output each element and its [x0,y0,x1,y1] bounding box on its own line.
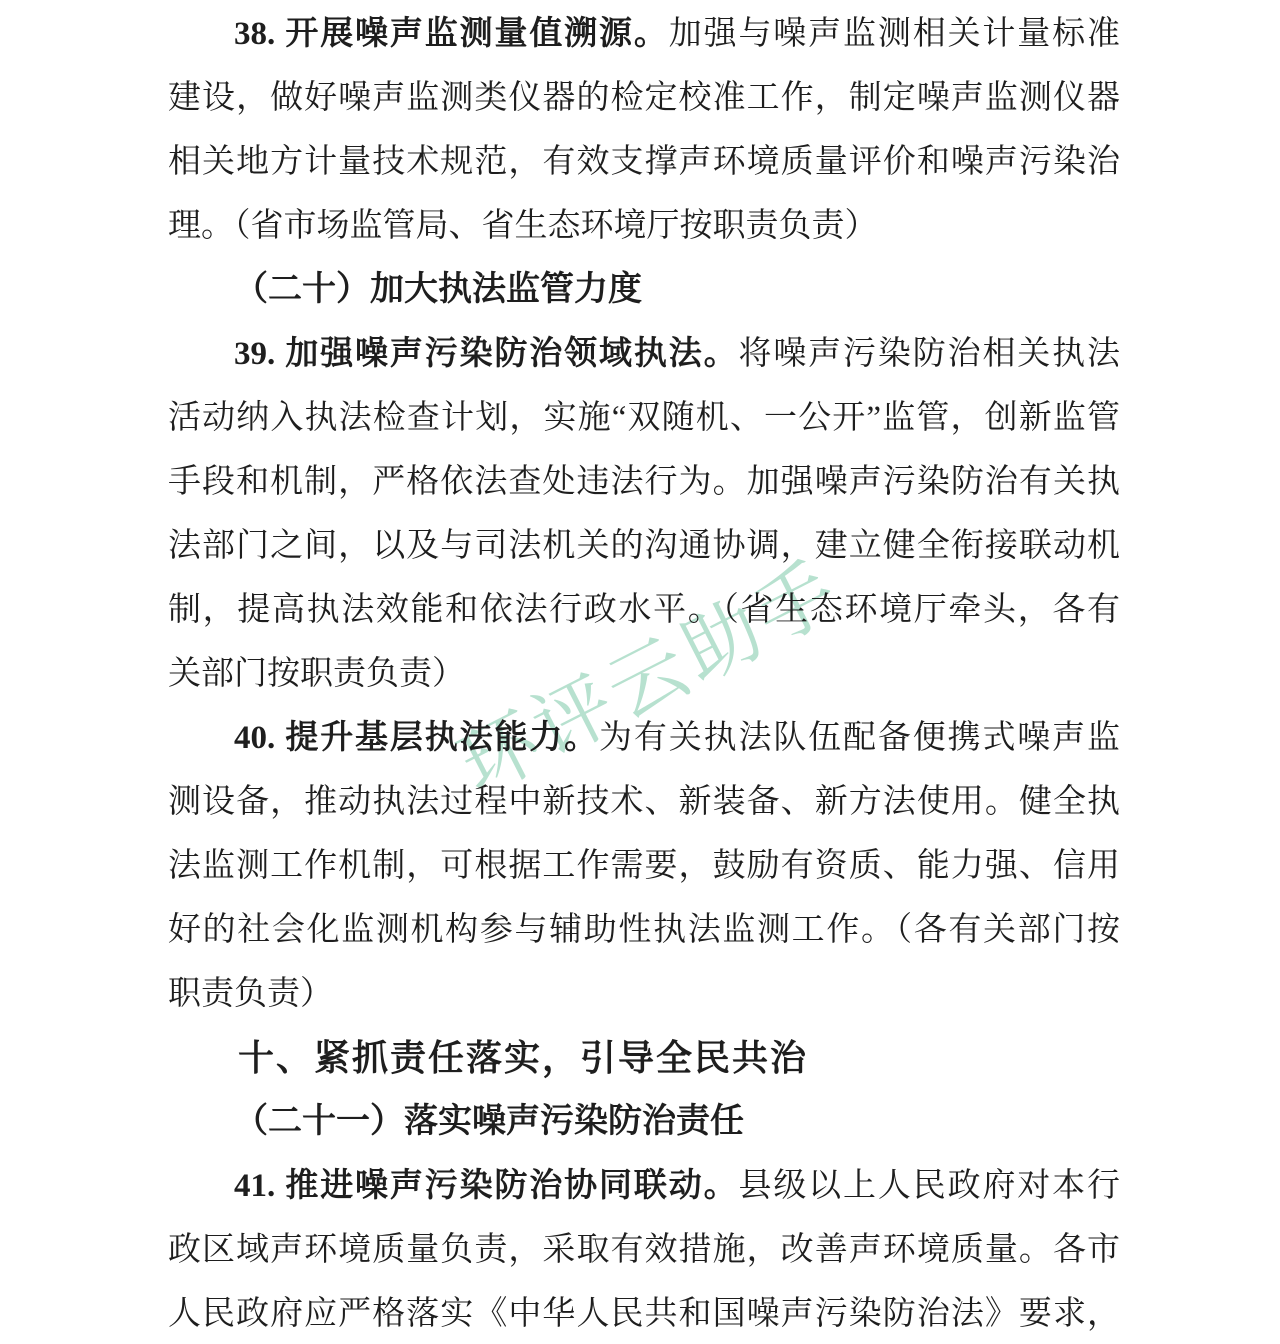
document-page: 环评云助手 38. 开展噪声监测量值溯源。加强与噪声监测相关计量标准建设，做好噪… [0,0,1280,1344]
item-39-line-2: 活动纳入执法检查计划，实施“双随机、一公开”监管，创新监管 [168,386,1120,450]
item-41-line-3: 人民政府应严格落实《中华人民共和国噪声污染防治法》要求， [168,1282,1120,1344]
document-content: 38. 开展噪声监测量值溯源。加强与噪声监测相关计量标准建设，做好噪声监测类仪器… [168,2,1120,1344]
item-39-line-5: 制，提高执法效能和依法行政水平。（省生态环境厅牵头，各有 [168,578,1120,642]
item-40-line-1: 40. 提升基层执法能力。为有关执法队伍配备便携式噪声监 [168,706,1120,770]
item-40-line-2: 测设备，推动执法过程中新技术、新装备、新方法使用。健全执 [168,770,1120,834]
item-41-lead-rest: 县级以上人民政府对本行 [738,1168,1120,1204]
item-38-line-1: 38. 开展噪声监测量值溯源。加强与噪声监测相关计量标准 [168,2,1120,66]
item-40-line-3: 法监测工作机制，可根据工作需要，鼓励有资质、能力强、信用 [168,834,1120,898]
item-38-line-2: 建设，做好噪声监测类仪器的检定校准工作，制定噪声监测仪器 [168,66,1120,130]
item-39-line-3: 手段和机制，严格依法查处违法行为。加强噪声污染防治有关执 [168,450,1120,514]
section-21-heading: （二十一）落实噪声污染防治责任 [168,1090,1120,1154]
item-39-line-6: 关部门按职责负责） [168,642,1120,706]
item-39-line-4: 法部门之间，以及与司法机关的沟通协调，建立健全衔接联动机 [168,514,1120,578]
item-40-lead-rest: 为有关执法队伍配备便携式噪声监 [599,720,1120,756]
item-39-lead-rest: 将噪声污染防治相关执法 [738,336,1120,372]
item-38-number-and-lead: 38. 开展噪声监测量值溯源。 [234,16,669,52]
item-38-line-4: 理。（省市场监管局、省生态环境厅按职责负责） [168,194,1120,258]
item-41-number-and-lead: 41. 推进噪声污染防治协同联动。 [234,1168,738,1204]
item-40-line-5: 职责负责） [168,962,1120,1026]
item-41-line-2: 政区域声环境质量负责，采取有效措施，改善声环境质量。各市 [168,1218,1120,1282]
item-40-line-4: 好的社会化监测机构参与辅助性执法监测工作。（各有关部门按 [168,898,1120,962]
section-20-heading: （二十）加大执法监管力度 [168,258,1120,322]
item-38-lead-rest: 加强与噪声监测相关计量标准 [669,16,1120,52]
item-38-line-3: 相关地方计量技术规范，有效支撑声环境质量评价和噪声污染治 [168,130,1120,194]
item-40-number-and-lead: 40. 提升基层执法能力。 [234,720,599,756]
item-39-number-and-lead: 39. 加强噪声污染防治领域执法。 [234,336,738,372]
item-39-line-1: 39. 加强噪声污染防治领域执法。将噪声污染防治相关执法 [168,322,1120,386]
item-41-line-1: 41. 推进噪声污染防治协同联动。县级以上人民政府对本行 [168,1154,1120,1218]
chapter-10-heading: 十、紧抓责任落实，引导全民共治 [168,1026,1120,1090]
